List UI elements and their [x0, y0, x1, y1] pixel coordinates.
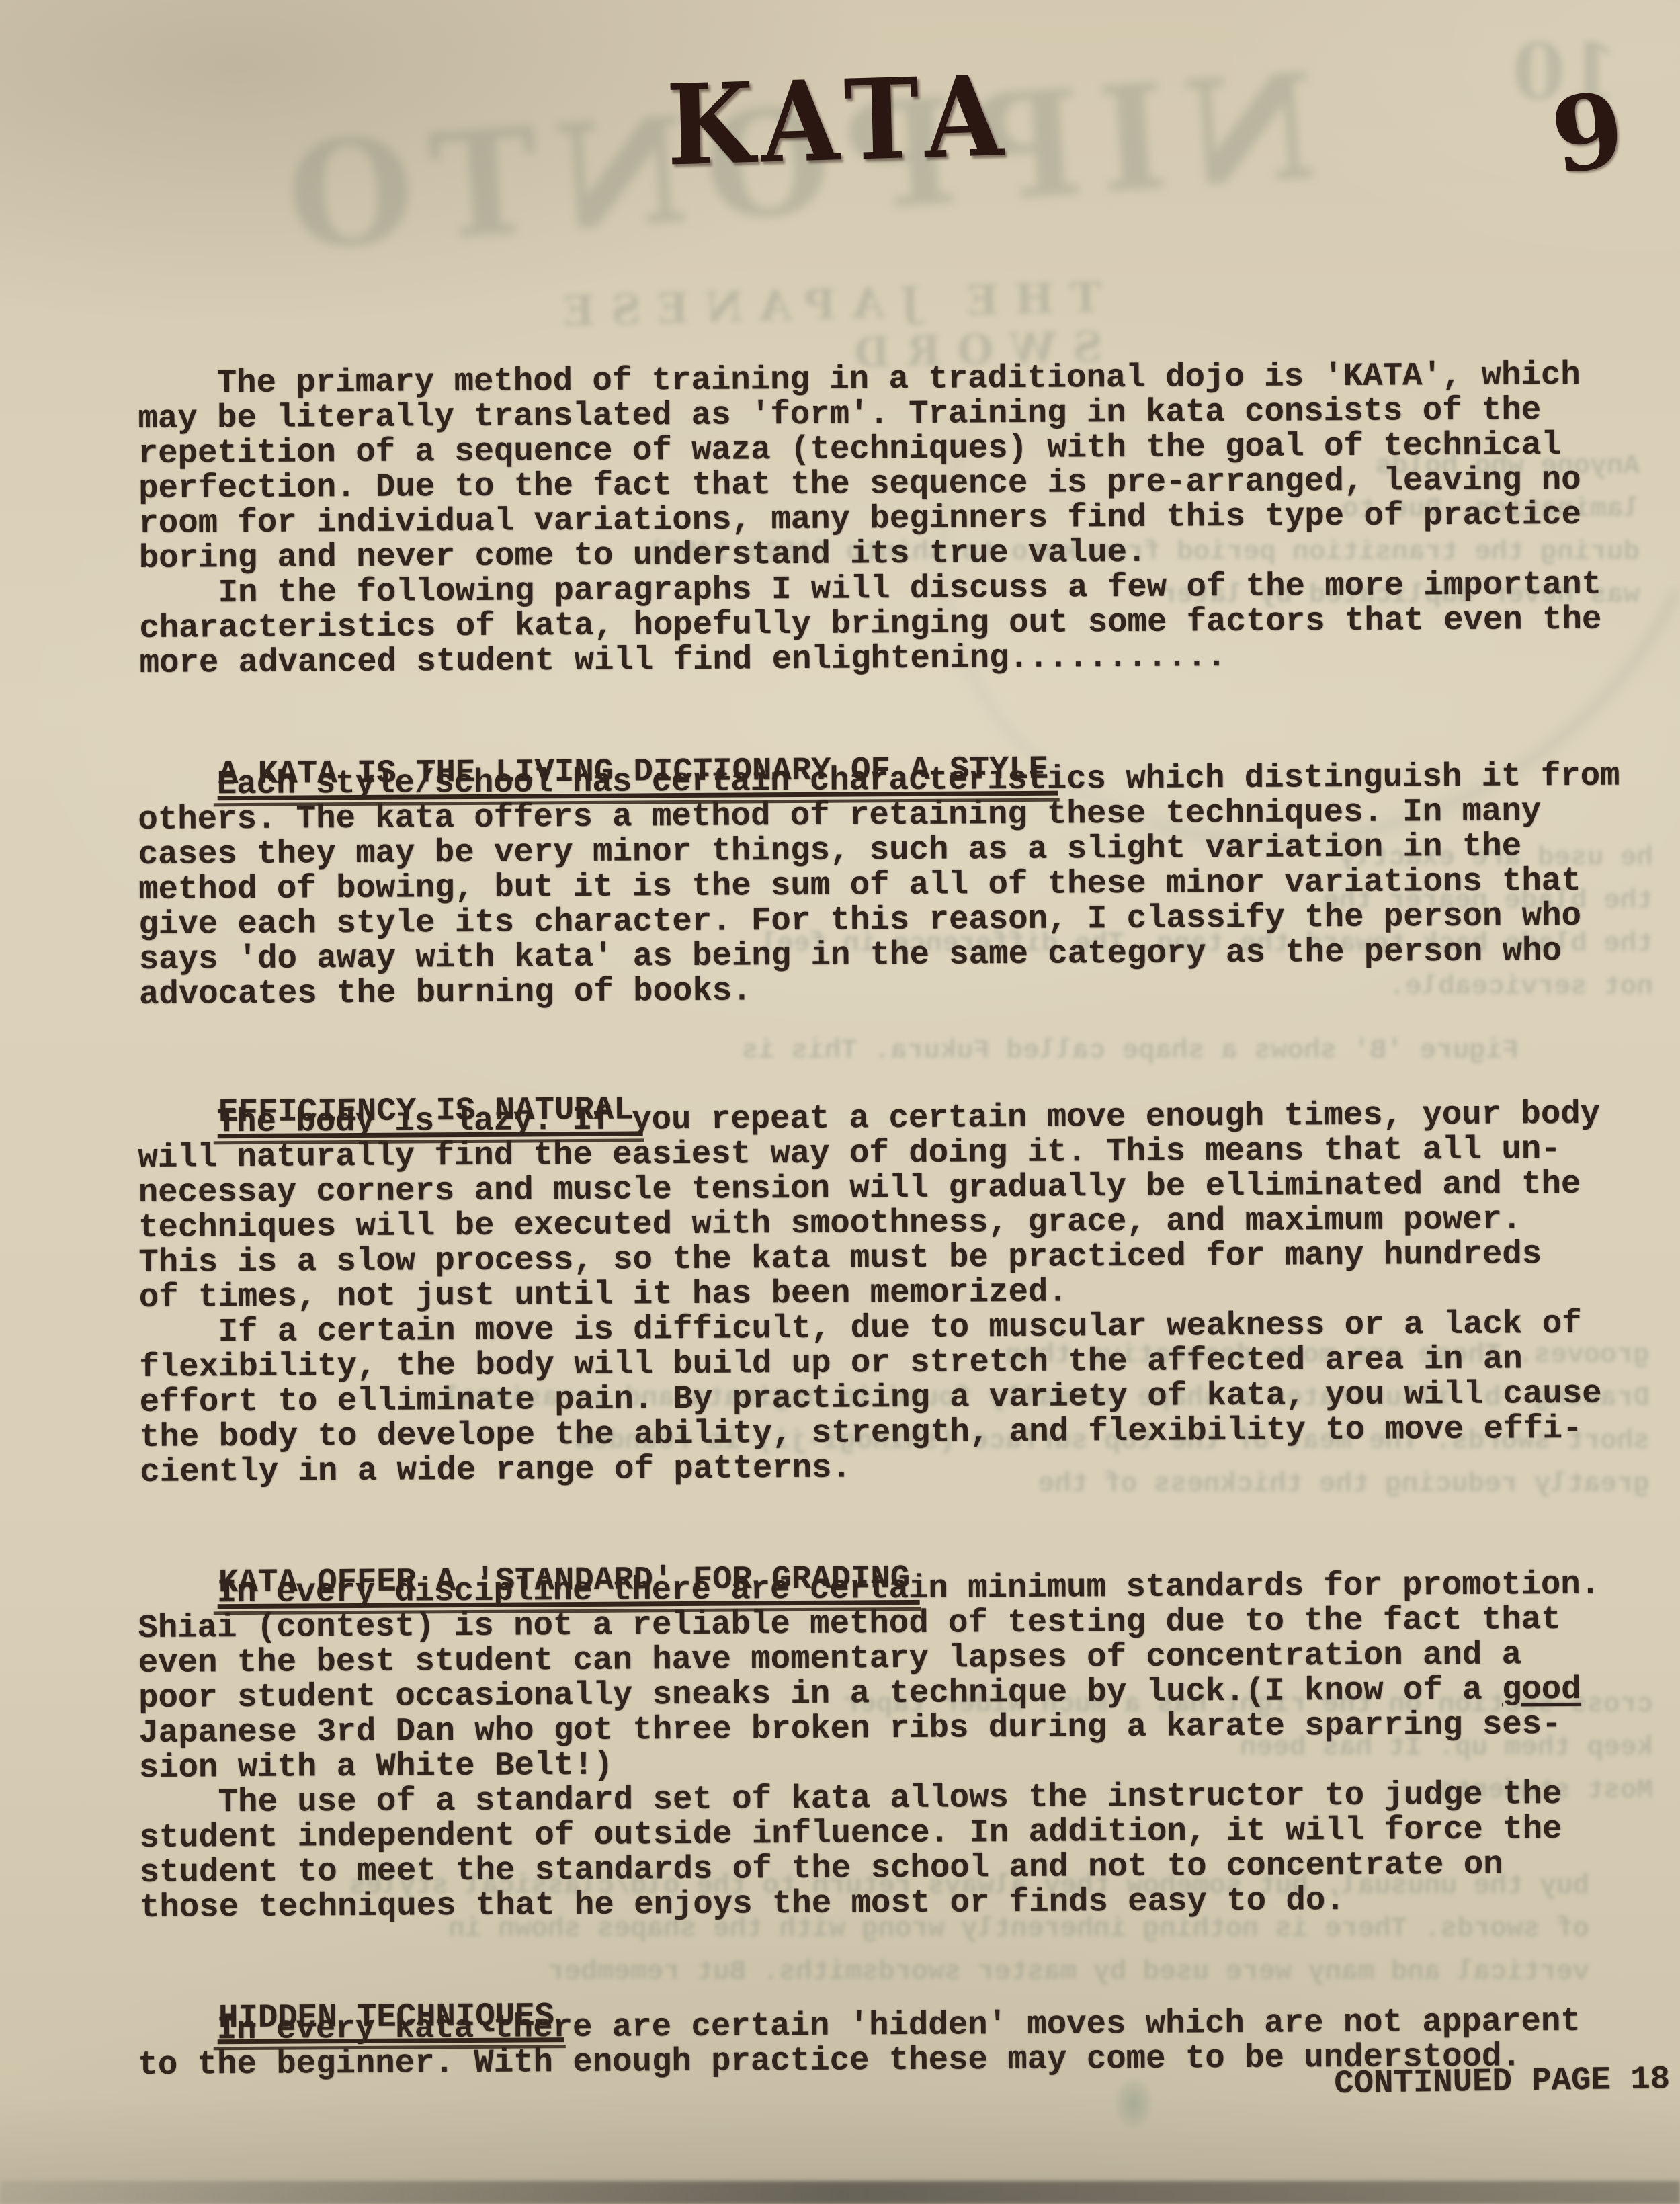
- ink-smudge: [1107, 2068, 1160, 2138]
- section-body-efficiency: The body is lazy. If you repeat a certai…: [138, 1096, 1672, 1490]
- section-body-standard-grading: In every discipline there are certain mi…: [138, 1566, 1672, 1925]
- section-body-living-dictionary: Each style/school has certain characteri…: [138, 758, 1671, 1012]
- body-text-before-underline: In every discipline there are certain mi…: [138, 1566, 1600, 1717]
- bottom-edge-shadow: [0, 2181, 1680, 2204]
- underlined-word-good: good: [1502, 1670, 1581, 1709]
- scanned-newsletter-page: NIPPONTO THE JAPANESE SWORD 10 Anyone wh…: [0, 0, 1680, 2204]
- intro-paragraph: The primary method of training in a trad…: [138, 357, 1672, 681]
